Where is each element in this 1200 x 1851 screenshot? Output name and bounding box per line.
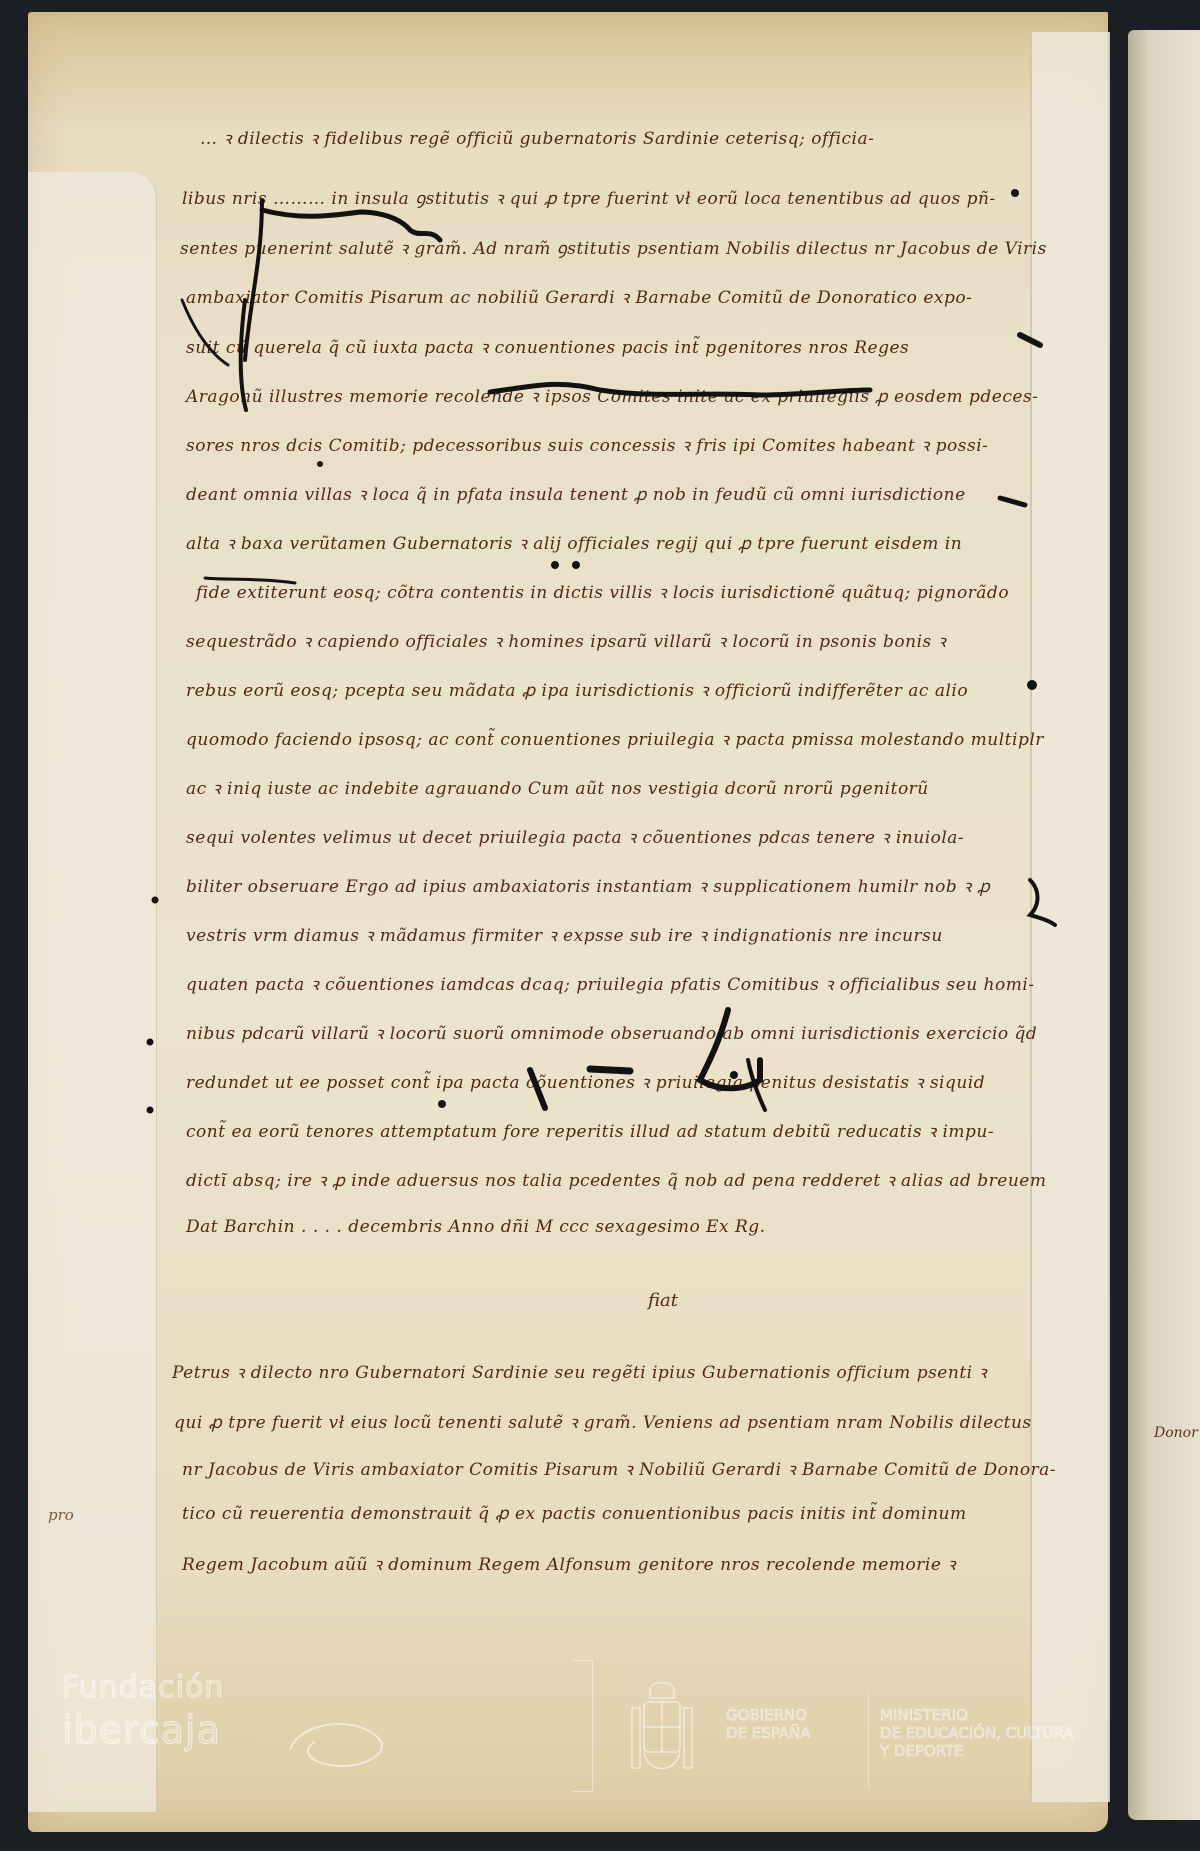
cancellation-ink-marks (0, 0, 1200, 1851)
watermark-flag-bar (572, 1660, 593, 1792)
watermark-gobierno: GOBIERNO DE ESPAÑA (726, 1706, 811, 1742)
watermark-ibercaja: ibercaja (62, 1708, 221, 1752)
gobierno-line: GOBIERNO (726, 1706, 811, 1724)
ibercaja-swirl-icon (270, 1710, 400, 1780)
espana-line: DE ESPAÑA (726, 1724, 811, 1742)
deporte-line: Y DEPORTE (880, 1742, 1074, 1760)
watermark-fundacion: Fundación (62, 1670, 224, 1705)
spain-coat-of-arms-icon (628, 1678, 696, 1786)
watermark-divider (868, 1690, 869, 1790)
educacion-line: DE EDUCACIÓN, CULTURA (880, 1724, 1074, 1742)
manuscript-scan: Donor … ꝛ dilectis ꝛ fidelibus regẽ offi… (0, 0, 1200, 1851)
ministerio-line: MINISTERIO (880, 1706, 1074, 1724)
watermark-ministerio: MINISTERIO DE EDUCACIÓN, CULTURA Y DEPOR… (880, 1706, 1074, 1760)
